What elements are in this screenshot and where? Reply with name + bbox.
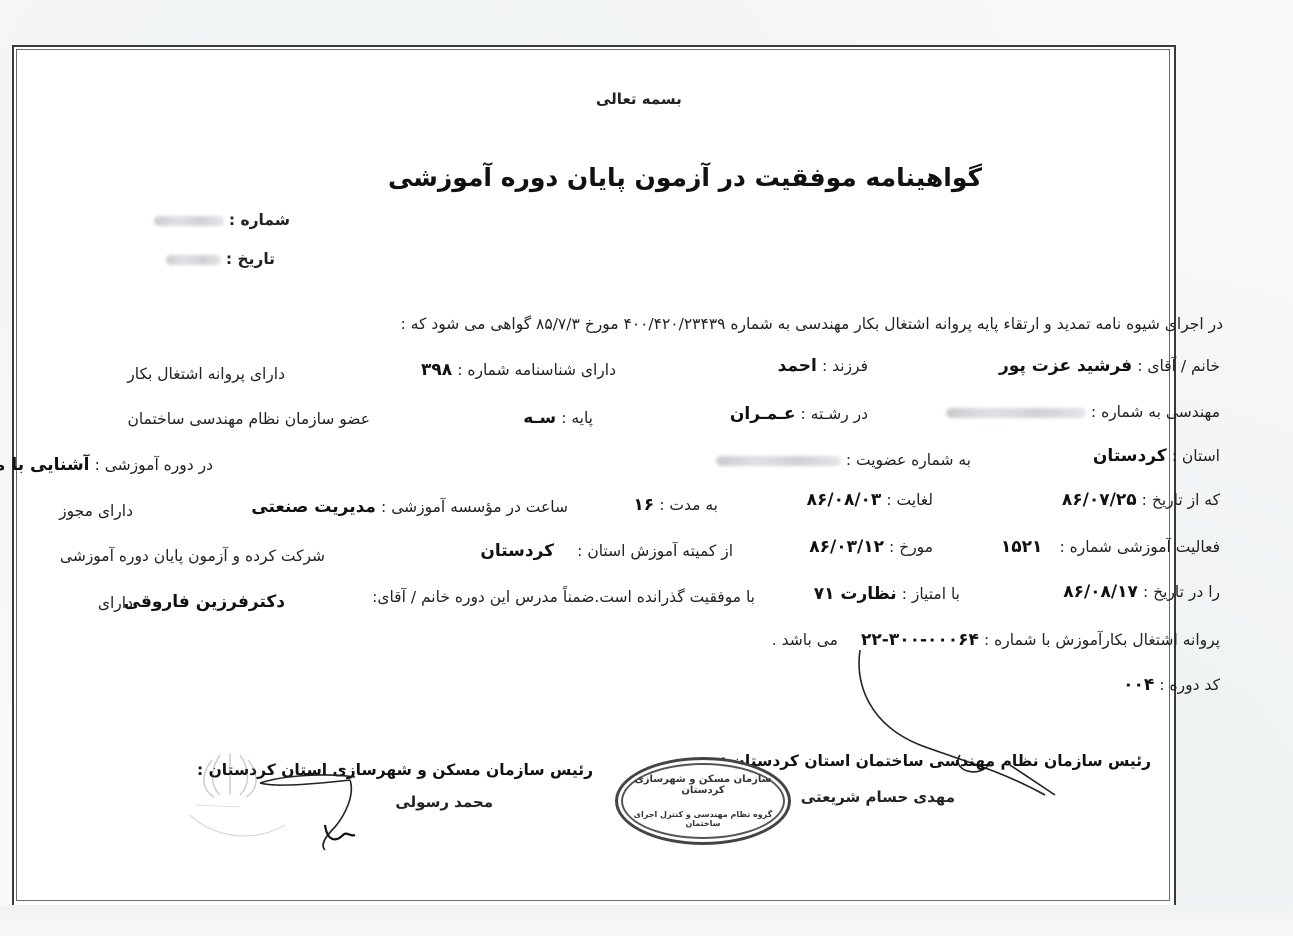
id-value: ۳۹۸ <box>421 360 452 380</box>
father-value: احمد <box>778 356 817 376</box>
committee-field: از کمیته آموزش استان : کردستان <box>480 541 733 561</box>
activity-date-value: ۸۶/۰۳/۱۲ <box>809 537 884 557</box>
to-date-value: ۸۶/۰۸/۰۳ <box>807 490 882 510</box>
left-signatory-name: محمد رسولی <box>395 793 493 811</box>
exam-date-field: را در تاریخ : ۸۶/۰۸/۱۷ <box>1063 582 1220 602</box>
date-value-redacted <box>166 255 221 265</box>
score-value: نظارت ۷۱ <box>814 584 897 604</box>
certificate-date: تاریخ : <box>160 250 275 268</box>
name-field: خانم / آقای : فرشید عزت پور <box>999 356 1220 376</box>
membership-number-redacted <box>716 456 841 466</box>
number-value-redacted <box>154 216 224 226</box>
course-code-field: کد دوره : ۰۰۴ <box>1123 675 1220 695</box>
certificate-title: گواهینامه موفقیت در آزمون پایان دوره آمو… <box>388 163 982 192</box>
has-text: دارای <box>98 594 133 612</box>
committee-value: کردستان <box>480 541 554 561</box>
engineering-number-field: مهندسی به شماره : <box>946 402 1220 421</box>
field-of-study: در رشـته : عـمـران <box>730 404 868 424</box>
membership-field: به شماره عضویت : <box>716 450 971 469</box>
course-field: در دوره آموزشی : آشنایی با مبانی گودبردا… <box>0 455 213 475</box>
bismillah-heading: بسمه تعالی <box>596 90 682 108</box>
field-value: عـمـران <box>730 404 796 424</box>
activity-number-field: فعالیت آموزشی شماره : ۱۵۲۱ <box>1001 537 1220 557</box>
exam-text: شرکت کرده و آزمون پایان دوره آموزشی <box>60 547 325 565</box>
institute-field: ساعت در مؤسسه آموزشی : مدیریت صنعتی <box>251 497 568 517</box>
duration-value: ۱۶ <box>633 495 654 515</box>
course-value: آشنایی با مبانی گودبرداری و سازه های نگه… <box>0 455 90 475</box>
end-text: می باشد . <box>772 631 838 649</box>
score-field: با امتیاز : نظارت ۷۱ <box>814 584 960 604</box>
signature-left-icon <box>255 765 365 855</box>
id-field: دارای شناسنامه شماره : ۳۹۸ <box>421 360 616 380</box>
father-field: فرزند : احمد <box>778 356 868 376</box>
member-text: عضو سازمان نظام مهندسی ساختمان <box>127 410 370 428</box>
engineering-number-redacted <box>946 408 1086 418</box>
permit-text: دارای مجوز <box>59 502 133 520</box>
from-date-value: ۸۶/۰۷/۲۵ <box>1062 490 1137 510</box>
province-field: استان : کردستان <box>1093 446 1220 466</box>
duration-field: به مدت : ۱۶ <box>633 495 718 515</box>
grade-field: پایه : سـه <box>523 408 593 428</box>
institute-value: مدیریت صنعتی <box>251 497 376 517</box>
to-date-field: لغایت : ۸۶/۰۸/۰۳ <box>807 490 933 510</box>
course-code-value: ۰۰۴ <box>1123 675 1154 695</box>
exam-date-value: ۸۶/۰۸/۱۷ <box>1063 582 1138 602</box>
right-signatory-title: رئیس سازمان نظام مهندسی ساختمان استان کر… <box>720 752 1151 770</box>
number-label: شماره : <box>229 211 290 229</box>
scan-bottom-margin <box>0 905 1293 936</box>
grade-value: سـه <box>523 408 556 428</box>
province-value: کردستان <box>1093 446 1167 466</box>
certificate-number: شماره : <box>150 211 290 229</box>
organization-stamp: سازمان مسکن و شهرسازی کردستان گروه نظام … <box>615 757 791 845</box>
activity-number-value: ۱۵۲۱ <box>1001 537 1043 557</box>
name-value: فرشید عزت پور <box>999 356 1132 376</box>
instructor-value: دکترفرزین فاروقی <box>124 592 285 612</box>
from-date-field: که از تاریخ : ۸۶/۰۷/۲۵ <box>1062 490 1220 510</box>
right-signatory-name: مهدی حسام شریعتی <box>801 788 955 806</box>
passed-text: با موفقیت گذرانده است.ضمناً مدرس این دور… <box>372 588 755 606</box>
license-text: دارای پروانه اشتغال بکار <box>127 365 285 383</box>
activity-date-field: مورخ : ۸۶/۰۳/۱۲ <box>809 537 933 557</box>
date-label: تاریخ : <box>226 250 275 268</box>
intro-paragraph: در اجرای شیوه نامه تمدید و ارتقاء پایه پ… <box>203 315 1223 333</box>
